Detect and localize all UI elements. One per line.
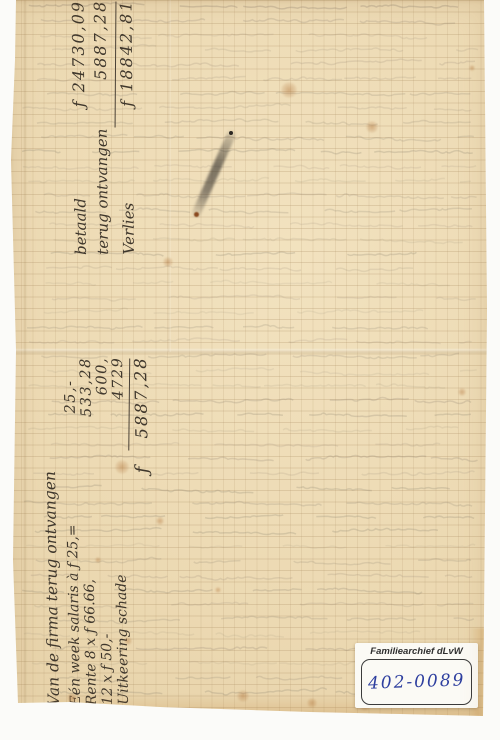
- summary-row: Verlies ƒ 18842,81: [118, 0, 143, 254]
- detail-row-value: 600,: [95, 357, 111, 443]
- foxing-spot: [95, 557, 101, 563]
- rust-dot: [194, 212, 199, 217]
- sticker-number-box: 402-0089: [361, 659, 472, 705]
- summary-row-value: ƒ 24730,09: [70, 0, 87, 107]
- detail-block: Van de firma terug ontvangen Eén week sa…: [41, 356, 157, 706]
- foxing-spot: [163, 257, 173, 267]
- sticker-number: 402-0089: [367, 670, 465, 693]
- foxing-spot: [469, 65, 475, 71]
- foxing-spot: [156, 517, 164, 525]
- sticker-title: Familiearchief dLvW: [361, 646, 472, 657]
- foxing-spot: [115, 460, 129, 474]
- florin-currency-symbol: ƒ: [132, 466, 153, 473]
- detail-total-row: ƒ 5887,28: [130, 356, 156, 704]
- summary-row-value: ƒ 18842,81: [118, 0, 135, 107]
- document-page: betaald ƒ 24730,09 terug ontvangen 5887,…: [10, 0, 490, 740]
- foxing-spot: [281, 82, 297, 98]
- detail-row-label: Eén week salaris à ƒ 25,=: [66, 524, 83, 705]
- summary-row-value: 5887,28: [92, 0, 109, 80]
- ink-dot: [229, 131, 233, 135]
- detail-row-value: 4729: [111, 357, 127, 443]
- foxing-spot: [215, 587, 221, 593]
- foxing-spot: [124, 637, 132, 645]
- foxing-spot: [458, 388, 466, 396]
- vertical-fold-crease: [168, 0, 171, 352]
- summary-row-label: Verlies: [121, 203, 137, 255]
- summary-row: terug ontvangen 5887,28: [92, 0, 117, 255]
- summary-row-label: terug ontvangen: [95, 129, 111, 255]
- horizontal-crease: [10, 349, 490, 353]
- detail-row-value: 25,-: [63, 379, 79, 443]
- summary-row-label: betaald: [73, 198, 89, 255]
- detail-total-value: 5887,28: [131, 356, 151, 439]
- ink-smudge-stain: [190, 128, 237, 219]
- detail-row-label: Rente 8 x ƒ 66.66,: [83, 579, 99, 705]
- foxing-spot: [366, 121, 378, 133]
- detail-row-value: 533,28: [79, 357, 95, 443]
- scan-background: { "page": { "paper_color": "#ecd9b2", "i…: [0, 0, 500, 740]
- summary-block: betaald ƒ 24730,09 terug ontvangen 5887,…: [70, 0, 143, 255]
- left-edge-crease: [24, 0, 26, 740]
- archive-sticker: Familiearchief dLvW 402-0089: [355, 643, 478, 708]
